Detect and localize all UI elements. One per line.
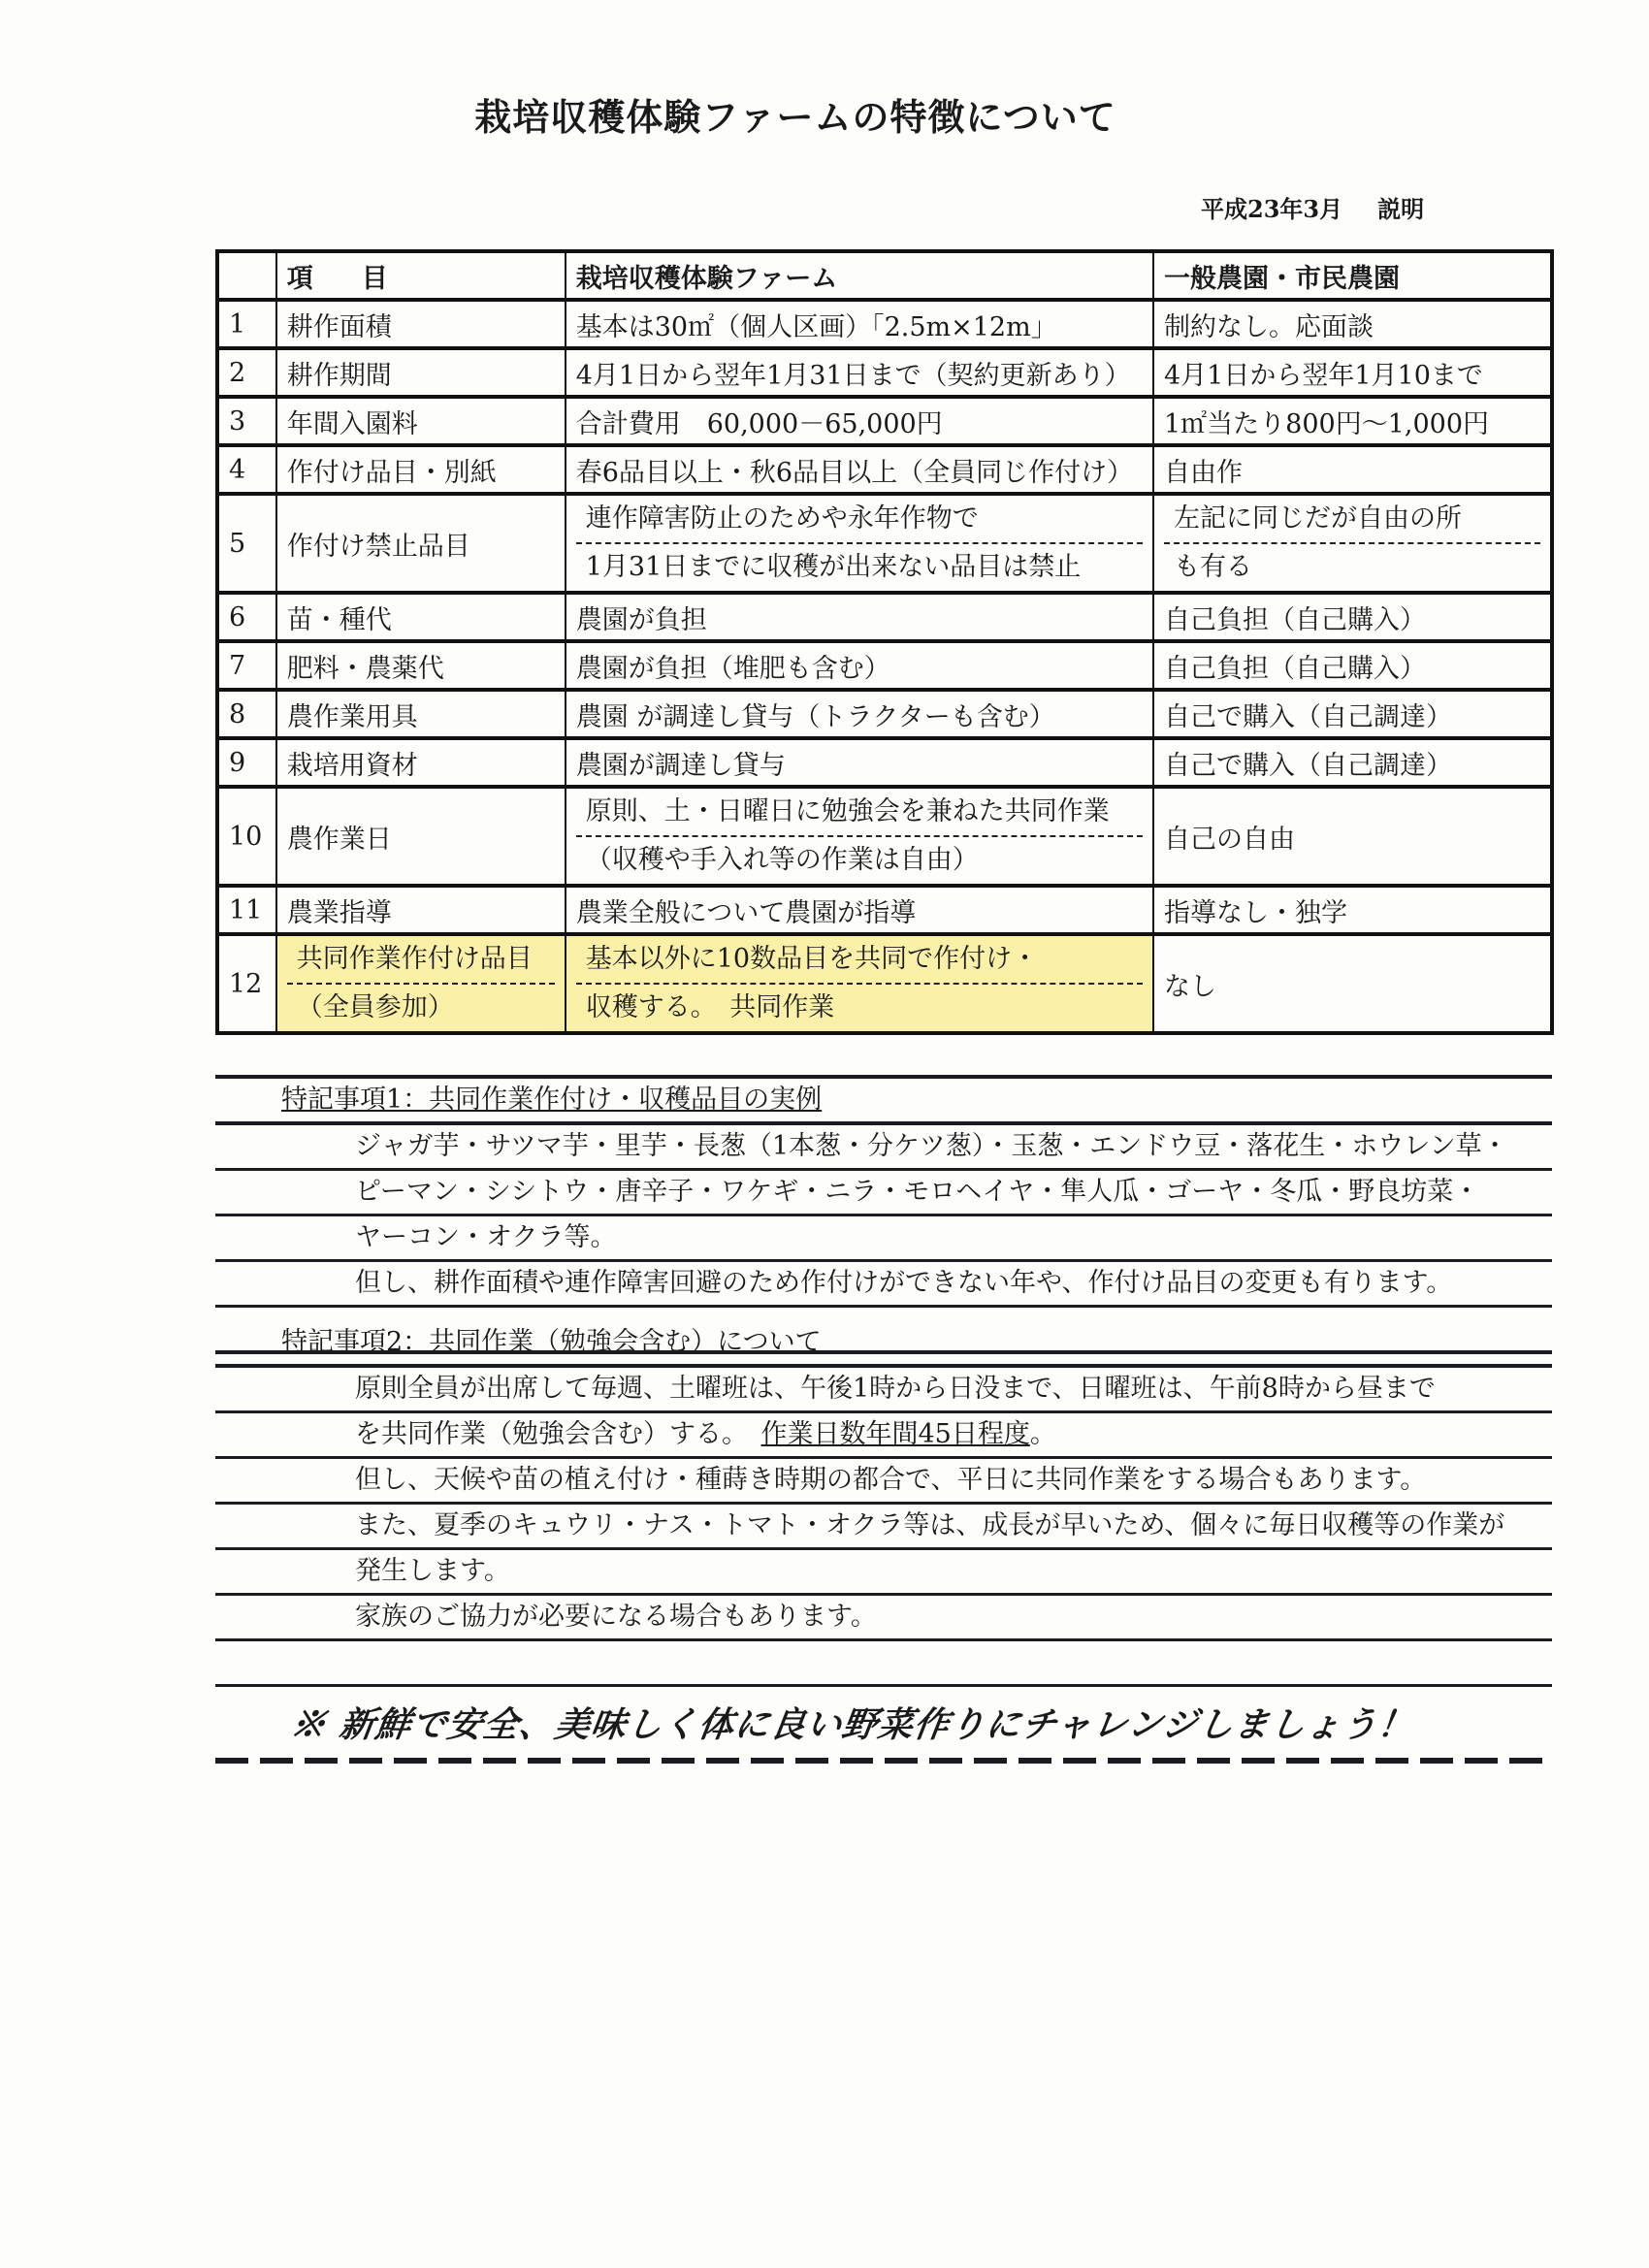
row-farm-line: （収穫や手入れ等の作業は自由）	[576, 837, 1143, 884]
row-item-line: 共同作業作付け品目	[287, 936, 555, 985]
row-number: 1	[217, 300, 276, 348]
row-item: 作付け品目・別紙	[276, 445, 566, 494]
table-row: 9 栽培用資材 農園が調達し貸与 自己で購入（自己調達）	[217, 738, 1552, 787]
table-row: 11 農業指導 農業全般について農園が指導 指導なし・独学	[217, 886, 1552, 934]
row-farm: 連作障害防止のためや永年作物で 1月31日までに収穫が出来ない品目は禁止	[566, 494, 1153, 593]
row-number: 9	[217, 738, 276, 787]
header-general: 一般農園・市民農園	[1153, 251, 1552, 300]
header-item: 項目	[276, 251, 566, 300]
row-number: 7	[217, 641, 276, 690]
notes2-line: 発生します。	[215, 1550, 1552, 1596]
row-farm: 原則、土・日曜日に勉強会を兼ねた共同作業 （収穫や手入れ等の作業は自由）	[566, 787, 1153, 886]
row-farm: 基本は30㎡（個人区画）「2.5m×12m」	[566, 300, 1153, 348]
row-general: 左記に同じだが自由の所 も有る	[1153, 494, 1552, 593]
row-farm: 合計費用 60,000－65,000円	[566, 397, 1153, 445]
table-row: 7 肥料・農薬代 農園が負担（堆肥も含む） 自己負担（自己購入）	[217, 641, 1552, 690]
row-number: 12	[217, 934, 276, 1033]
row-item-line: （全員参加）	[287, 985, 555, 1031]
notes2-line: 家族のご協力が必要になる場合もあります。	[215, 1596, 1552, 1641]
row-general: 自己の自由	[1153, 787, 1552, 886]
row-general: 1㎡当たり800円～1,000円	[1153, 397, 1552, 445]
row-farm-line: 原則、土・日曜日に勉強会を兼ねた共同作業	[576, 789, 1143, 837]
notes2-line: また、夏季のキュウリ・ナス・トマト・オクラ等は、成長が早いため、個々に毎日収穫等…	[215, 1505, 1552, 1550]
row-number: 8	[217, 690, 276, 738]
row-item: 作付け禁止品目	[276, 494, 566, 593]
table-header-row: 項目 栽培収穫体験ファーム 一般農園・市民農園	[217, 251, 1552, 300]
row-general: 4月1日から翌年1月10まで	[1153, 348, 1552, 397]
row-general: 自己で購入（自己調達）	[1153, 690, 1552, 738]
notes1-line: 但し、耕作面積や連作障害回避のため作付けができない年や、作付け品目の変更も有りま…	[215, 1262, 1552, 1308]
notes-section-2: 特記事項2：共同作業（勉強会含む）について 原則全員が出席して毎週、土曜班は、午…	[215, 1321, 1552, 1687]
row-item: 栽培用資材	[276, 738, 566, 787]
header-farm: 栽培収穫体験ファーム	[566, 251, 1153, 300]
row-farm: 基本以外に10数品目を共同で作付け・ 収穫する。 共同作業	[566, 934, 1153, 1033]
row-item: 肥料・農薬代	[276, 641, 566, 690]
row-item: 苗・種代	[276, 593, 566, 641]
notes2-line: 原則全員が出席して毎週、土曜班は、午後1時から日没まで、日曜班は、午前8時から昼…	[215, 1368, 1552, 1413]
row-farm: 農園が負担	[566, 593, 1153, 641]
row-farm: 農園 が調達し貸与（トラクターも含む）	[566, 690, 1153, 738]
notes2-line: を共同作業（勉強会含む）する。 作業日数年間45日程度。	[215, 1413, 1552, 1459]
notes-section-1: 特記事項1：共同作業作付け・収穫品目の実例 ジャガ芋・サツマ芋・里芋・長葱（1本…	[215, 1075, 1552, 1354]
table-row: 5 作付け禁止品目 連作障害防止のためや永年作物で 1月31日までに収穫が出来な…	[217, 494, 1552, 593]
dashed-divider	[215, 1758, 1554, 1764]
row-item: 農業指導	[276, 886, 566, 934]
slogan: ※ 新鮮で安全、美味しく体に良い野菜作りにチャレンジしましょう！	[287, 1698, 1417, 1747]
row-number: 6	[217, 593, 276, 641]
notes2-line: 但し、天候や苗の植え付け・種蒔き時期の都合で、平日に共同作業をする場合もあります…	[215, 1459, 1552, 1505]
document-title: 栽培収穫体験ファームの特徴について	[0, 87, 1649, 141]
row-general-line: 左記に同じだが自由の所	[1164, 496, 1540, 544]
row-item: 農作業用具	[276, 690, 566, 738]
row-number: 11	[217, 886, 276, 934]
table-row: 3 年間入園料 合計費用 60,000－65,000円 1㎡当たり800円～1,…	[217, 397, 1552, 445]
row-general: 自己負担（自己購入）	[1153, 641, 1552, 690]
row-number: 3	[217, 397, 276, 445]
notes1-line: ピーマン・シシトウ・唐辛子・ワケギ・ニラ・モロヘイヤ・隼人瓜・ゴーヤ・冬瓜・野良…	[215, 1171, 1552, 1216]
table-row: 2 耕作期間 4月1日から翌年1月31日まで（契約更新あり） 4月1日から翌年1…	[217, 348, 1552, 397]
row-number: 4	[217, 445, 276, 494]
notes2-text: を共同作業（勉強会含む）する。	[355, 1419, 761, 1449]
table-row: 8 農作業用具 農園 が調達し貸与（トラクターも含む） 自己で購入（自己調達）	[217, 690, 1552, 738]
row-item: 共同作業作付け品目 （全員参加）	[276, 934, 566, 1033]
row-general: 制約なし。応面談	[1153, 300, 1552, 348]
row-general: なし	[1153, 934, 1552, 1033]
row-farm: 農業全般について農園が指導	[566, 886, 1153, 934]
row-farm-line: 連作障害防止のためや永年作物で	[576, 496, 1143, 544]
table-row-highlighted: 12 共同作業作付け品目 （全員参加） 基本以外に10数品目を共同で作付け・ 収…	[217, 934, 1552, 1033]
notes1-line: ヤーコン・オクラ等。	[215, 1216, 1552, 1262]
row-general: 自己負担（自己購入）	[1153, 593, 1552, 641]
notes2-heading: 特記事項2：共同作業（勉強会含む）について	[215, 1321, 1552, 1368]
row-general: 自由作	[1153, 445, 1552, 494]
row-item: 耕作面積	[276, 300, 566, 348]
row-farm: 春6品目以上・秋6品目以上（全員同じ作付け）	[566, 445, 1153, 494]
row-number: 10	[217, 787, 276, 886]
header-num	[217, 251, 276, 300]
row-farm-line: 1月31日までに収穫が出来ない品目は禁止	[576, 544, 1143, 591]
work-days-emphasis: 作業日数年間45日程度	[761, 1419, 1030, 1449]
row-general: 自己で購入（自己調達）	[1153, 738, 1552, 787]
row-general-line: も有る	[1164, 544, 1540, 591]
table-row: 1 耕作面積 基本は30㎡（個人区画）「2.5m×12m」 制約なし。応面談	[217, 300, 1552, 348]
row-farm-line: 基本以外に10数品目を共同で作付け・	[576, 936, 1143, 985]
row-item: 耕作期間	[276, 348, 566, 397]
row-number: 5	[217, 494, 276, 593]
row-item: 農作業日	[276, 787, 566, 886]
comparison-table: 項目 栽培収穫体験ファーム 一般農園・市民農園 1 耕作面積 基本は30㎡（個人…	[215, 249, 1554, 1035]
date-line: 平成23年3月説明	[1201, 190, 1424, 224]
notes1-line: ジャガ芋・サツマ芋・里芋・長葱（1本葱・分ケツ葱）・玉葱・エンドウ豆・落花生・ホ…	[215, 1125, 1552, 1171]
table-row: 6 苗・種代 農園が負担 自己負担（自己購入）	[217, 593, 1552, 641]
row-farm: 農園が調達し貸与	[566, 738, 1153, 787]
notes2-text: 。	[1030, 1419, 1056, 1449]
table-row: 4 作付け品目・別紙 春6品目以上・秋6品目以上（全員同じ作付け） 自由作	[217, 445, 1552, 494]
row-farm: 4月1日から翌年1月31日まで（契約更新あり）	[566, 348, 1153, 397]
row-general: 指導なし・独学	[1153, 886, 1552, 934]
divider	[215, 1641, 1552, 1687]
notes1-heading: 特記事項1：共同作業作付け・収穫品目の実例	[215, 1079, 1552, 1125]
table-row: 10 農作業日 原則、土・日曜日に勉強会を兼ねた共同作業 （収穫や手入れ等の作業…	[217, 787, 1552, 886]
row-farm: 農園が負担（堆肥も含む）	[566, 641, 1153, 690]
document-date: 平成23年3月	[1201, 195, 1342, 223]
row-item: 年間入園料	[276, 397, 566, 445]
row-number: 2	[217, 348, 276, 397]
row-farm-line: 収穫する。 共同作業	[576, 985, 1143, 1031]
document-label: 説明	[1377, 195, 1424, 223]
